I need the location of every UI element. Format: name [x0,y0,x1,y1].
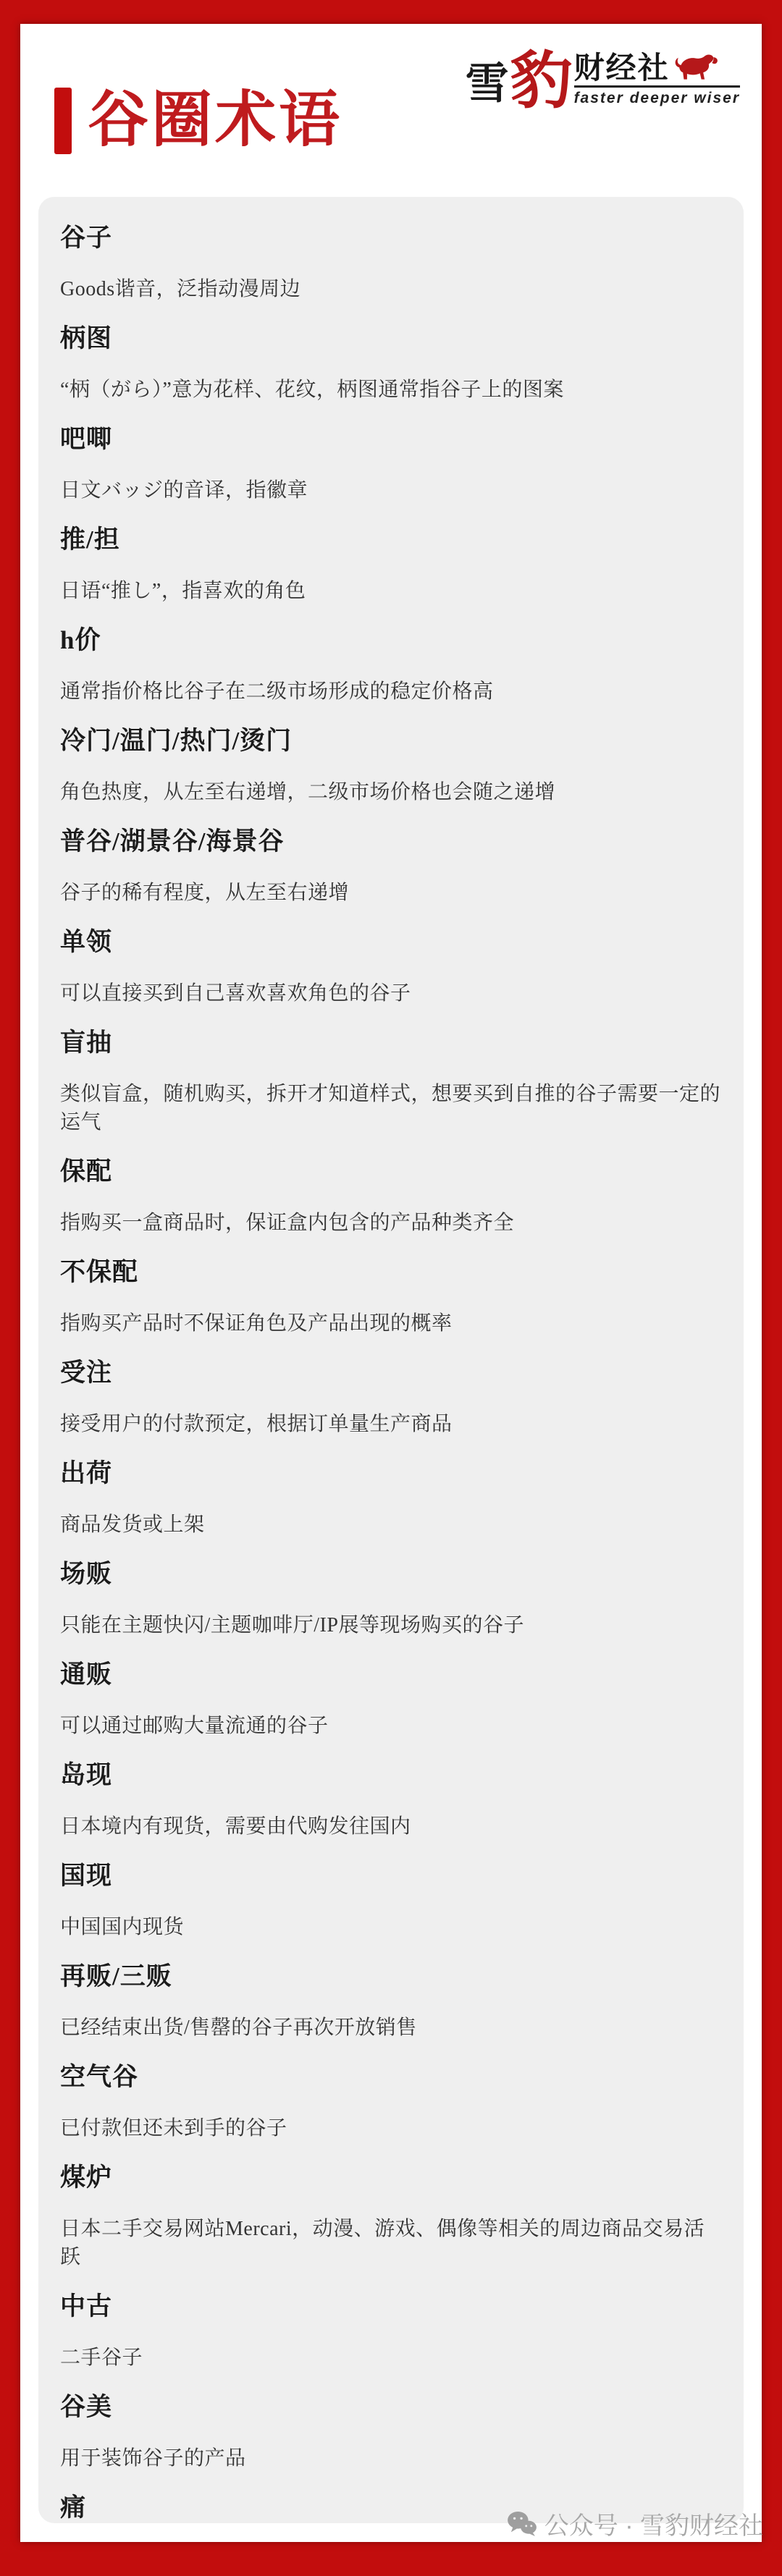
glossary-item: 谷子 Goods谐音，泛指动漫周边 [60,223,722,303]
term-definition: Goods谐音，泛指动漫周边 [60,275,722,303]
glossary-item: 场贩 只能在主题快闪/主题咖啡厅/IP展等现场购买的谷子 [60,1559,722,1639]
brand-char-snow: 雪 [466,62,509,106]
glossary-item: 谷美 用于装饰谷子的产品 [60,2392,722,2472]
term-definition: 接受用户的付款预定，根据订单量生产商品 [60,1410,722,1438]
term-title: 盲抽 [60,1028,722,1058]
glossary-item: 单领 可以直接买到自己喜欢喜欢角色的谷子 [60,927,722,1008]
term-definition: 日本境内有现货，需要由代购发往国内 [60,1812,722,1841]
term-title: 出荷 [60,1458,722,1489]
term-title: 冷门/温门/热门/烫门 [60,726,722,756]
term-definition: 角色热度，从左至右递增，二级市场价格也会随之递增 [60,778,722,806]
term-definition: 已付款但还未到手的谷子 [60,2114,722,2142]
glossary-item: 受注 接受用户的付款预定，根据订单量生产商品 [60,1358,722,1438]
brand-chars-rest: 财经社 [574,54,670,84]
term-title: h价 [60,625,722,656]
glossary-item: 柄图 “柄（がら）”意为花样、花纹，柄图通常指谷子上的图案 [60,324,722,404]
term-definition: 通常指价格比谷子在二级市场形成的稳定价格高 [60,677,722,706]
term-definition: 指购买产品时不保证角色及产品出现的概率 [60,1309,722,1338]
glossary-item: 岛现 日本境内有现货，需要由代购发往国内 [60,1760,722,1841]
term-definition: 谷子的稀有程度，从左至右递增 [60,879,722,907]
term-definition: 二手谷子 [60,2344,722,2372]
term-title: 场贩 [60,1559,722,1589]
term-definition: 用于装饰谷子的产品 [60,2444,722,2472]
leopard-icon [673,54,719,84]
page-title: 谷圈术语 [88,88,342,154]
glossary-item: 不保配 指购买产品时不保证角色及产品出现的概率 [60,1257,722,1338]
brand-row: 财经社 [574,54,740,88]
term-title: 受注 [60,1358,722,1388]
term-title: 不保配 [60,1257,722,1288]
term-title: 单领 [60,927,722,958]
glossary-item: 盲抽 类似盲盒，随机购买，拆开才知道样式，想要买到自推的谷子需要一定的运气 [60,1028,722,1136]
glossary-item: 普谷/湖景谷/海景谷 谷子的稀有程度，从左至右递增 [60,827,722,907]
glossary-panel: 谷子 Goods谐音，泛指动漫周边 柄图 “柄（がら）”意为花样、花纹，柄图通常… [38,197,744,2523]
term-title: 普谷/湖景谷/海景谷 [60,827,722,857]
term-definition: 商品发货或上架 [60,1511,722,1539]
term-definition: 只能在主题快闪/主题咖啡厅/IP展等现场购买的谷子 [60,1611,722,1639]
glossary-item: 中古 二手谷子 [60,2292,722,2372]
brand-logo: 雪 豹 财经社 faster deeper wiser [466,53,740,110]
glossary-item: 冷门/温门/热门/烫门 角色热度，从左至右递增，二级市场价格也会随之递增 [60,726,722,806]
wechat-icon [507,2511,537,2537]
term-title: 推/担 [60,525,722,555]
term-title: 中古 [60,2292,722,2322]
glossary-item: 出荷 商品发货或上架 [60,1458,722,1539]
term-title: 谷美 [60,2392,722,2423]
brand-right-block: 财经社 faster deeper wiser [574,54,740,107]
glossary-item: 通贩 可以通过邮购大量流通的谷子 [60,1660,722,1740]
term-definition: 类似盲盒，随机购买，拆开才知道样式，想要买到自推的谷子需要一定的运气 [60,1080,722,1136]
footer-watermark-text: 公众号 · 雪豹财经社 [545,2506,763,2541]
title-accent-bar [54,88,72,154]
term-definition: 可以通过邮购大量流通的谷子 [60,1712,722,1740]
term-title: 谷子 [60,223,722,253]
term-title: 空气谷 [60,2062,722,2093]
footer-watermark: 公众号 · 雪豹财经社 [507,2506,763,2541]
term-definition: 已经结束出货/售罄的谷子再次开放销售 [60,2014,722,2042]
term-definition: 指购买一盒商品时，保证盒内包含的产品种类齐全 [60,1209,722,1237]
term-definition: 日语“推し”，指喜欢的角色 [60,577,722,605]
term-definition: 日文バッジ的音译，指徽章 [60,476,722,504]
brand-char-leopard: 豹 [510,53,573,110]
glossary-item: 吧唧 日文バッジ的音译，指徽章 [60,424,722,504]
term-definition: 可以直接买到自己喜欢喜欢角色的谷子 [60,979,722,1008]
term-title: 柄图 [60,324,722,354]
content-card: 雪 豹 财经社 faster deeper wiser 谷圈术语 [20,24,762,2542]
term-definition: “柄（がら）”意为花样、花纹，柄图通常指谷子上的图案 [60,376,722,404]
brand-tagline: faster deeper wiser [574,90,740,107]
glossary-item: h价 通常指价格比谷子在二级市场形成的稳定价格高 [60,625,722,706]
term-title: 通贩 [60,1660,722,1690]
term-definition: 中国国内现货 [60,1913,722,1941]
glossary-item: 国现 中国国内现货 [60,1861,722,1941]
glossary-item: 再贩/三贩 已经结束出货/售罄的谷子再次开放销售 [60,1961,722,2042]
glossary-item: 煤炉 日本二手交易网站Mercari，动漫、游戏、偶像等相关的周边商品交易活跃 [60,2163,722,2271]
term-title: 煤炉 [60,2163,722,2193]
term-title: 国现 [60,1861,722,1891]
infographic-page: 雪 豹 财经社 faster deeper wiser 谷圈术语 [0,0,782,2576]
term-definition: 日本二手交易网站Mercari，动漫、游戏、偶像等相关的周边商品交易活跃 [60,2215,722,2271]
term-title: 岛现 [60,1760,722,1791]
term-title: 吧唧 [60,424,722,455]
title-row: 谷圈术语 [54,88,342,154]
term-title: 再贩/三贩 [60,1961,722,1992]
glossary-item: 空气谷 已付款但还未到手的谷子 [60,2062,722,2142]
term-title: 保配 [60,1157,722,1187]
glossary-item: 保配 指购买一盒商品时，保证盒内包含的产品种类齐全 [60,1157,722,1237]
glossary-item: 推/担 日语“推し”，指喜欢的角色 [60,525,722,605]
